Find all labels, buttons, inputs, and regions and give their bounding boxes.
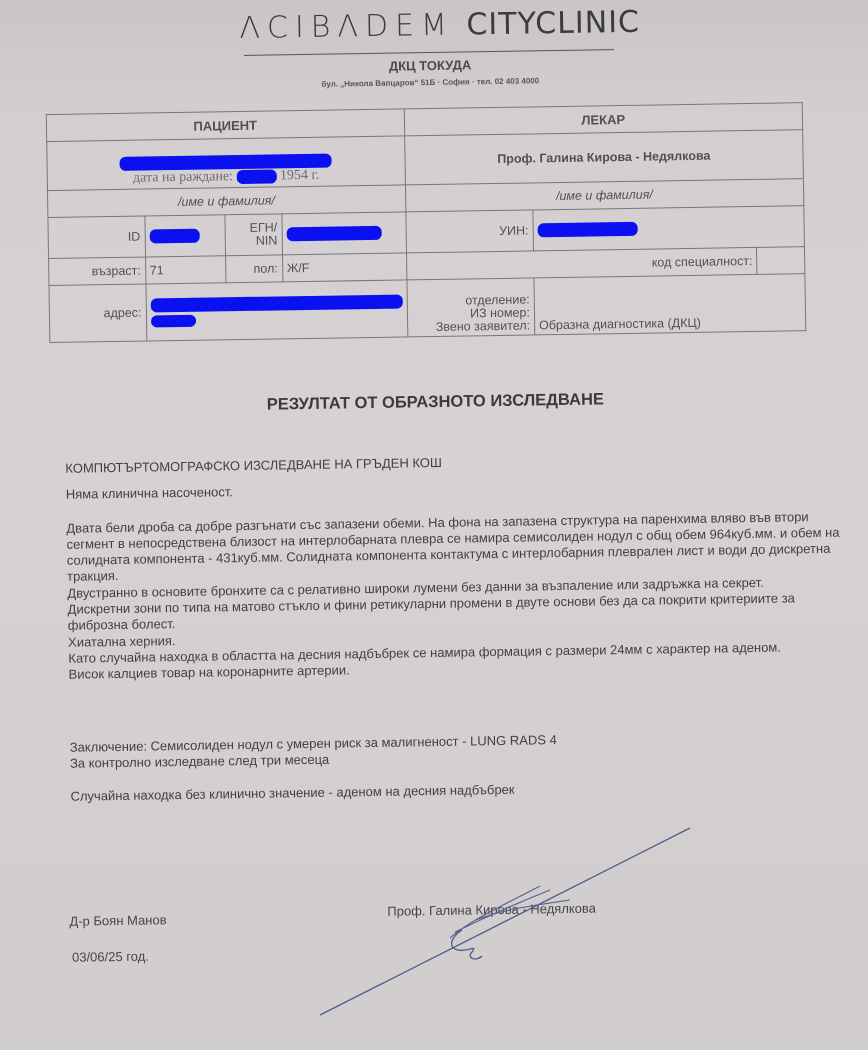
report-body: КОМПЮТЪРТОМОГРАФСКО ИЗСЛЕДВАНЕ НА ГРЪДЕН… [65, 448, 860, 805]
finding-1: Двата бели дроба са добре разгънати със … [66, 508, 857, 586]
age-label: възраст: [49, 257, 146, 286]
birth-year: 1954 г. [280, 168, 319, 184]
radiologist-name: Д-р Боян Манов [69, 912, 166, 929]
requester-label: Звено заявител: [436, 318, 531, 333]
redacted-uin [537, 222, 637, 238]
address-label: адрес: [49, 284, 146, 343]
sex-label: пол: [226, 255, 283, 283]
redacted-id [149, 229, 199, 244]
redacted-address-2 [150, 314, 195, 327]
clinic-logo: ΛCIBΛDEM CITYCLINIC [239, 5, 620, 46]
uin-value [533, 206, 805, 251]
requester-labels: отделение: ИЗ номер: Звено заявител: [406, 278, 534, 337]
egn-value [281, 212, 406, 255]
uin-label: УИН: [405, 210, 533, 253]
logo-cityclinic: CITYCLINIC [466, 5, 640, 43]
redacted-egn [286, 226, 381, 241]
redacted-birth-date [236, 169, 276, 184]
id-label: ID [48, 216, 145, 259]
report-date: 03/06/25 год. [72, 949, 149, 965]
redacted-address-1 [150, 294, 402, 312]
address-value [146, 280, 408, 341]
logo-acibadem: ΛCIBΛDEM [239, 8, 454, 46]
id-value [144, 215, 225, 257]
report-title: РЕЗУЛТАТ ОТ ОБРАЗНОТО ИЗСЛЕДВАНЕ [1, 386, 868, 419]
sex-value: Ж/F [282, 253, 406, 282]
egn-label: ЕГН/NIN [225, 214, 282, 256]
doctor-name: Проф. Галина Кирова - Недялкова [404, 130, 803, 185]
age-value: 71 [145, 256, 226, 284]
logo-divider [244, 49, 614, 56]
patient-doctor-form: ПАЦИЕНТ ЛЕКАР дата на раждане: 1954 г. П… [46, 102, 807, 343]
requester-value: Образна диагностика (ДКЦ) [534, 274, 806, 335]
birth-date-label: дата на раждане: [133, 169, 233, 186]
handwritten-signature-icon [300, 820, 720, 1030]
specialty-code-value [757, 247, 805, 275]
patient-name-cell: дата на раждане: 1954 г. [47, 136, 405, 191]
